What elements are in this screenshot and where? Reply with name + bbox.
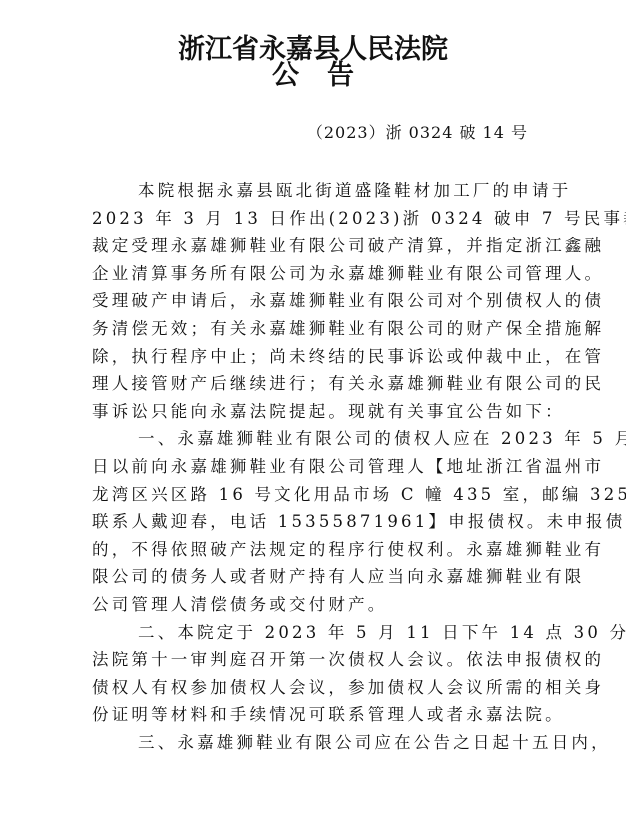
notice-body: 本院根据永嘉县瓯北街道盛隆鞋材加工厂的申请于 2023 年 3 月 13 日作出… [92, 177, 534, 756]
body-line: 份证明等材料和手续情况可联系管理人或者永嘉法院。 [92, 701, 534, 729]
body-line: 事诉讼只能向永嘉法院提起。现就有关事宜公告如下： [92, 398, 534, 426]
body-line: 一、永嘉雄狮鞋业有限公司的债权人应在 2023 年 5 月 8 [92, 425, 534, 453]
body-line: 联系人戴迎春，电话 15355871961】申报债权。未申报债权 [92, 508, 534, 536]
document-number: （2023）浙 0324 破 14 号 [307, 122, 528, 144]
notice-heading-char-1: 公 [272, 62, 299, 90]
body-line: 限公司的债务人或者财产持有人应当向永嘉雄狮鞋业有限 [92, 563, 534, 591]
body-line: 法院第十一审判庭召开第一次债权人会议。依法申报债权的 [92, 646, 534, 674]
notice-heading-char-2: 告 [327, 62, 354, 90]
body-line: 除，执行程序中止；尚未终结的民事诉讼或仲裁中止，在管 [92, 343, 534, 371]
body-line: 理人接管财产后继续进行；有关永嘉雄狮鞋业有限公司的民 [92, 370, 534, 398]
body-line: 2023 年 3 月 13 日作出(2023)浙 0324 破申 7 号民事裁定… [92, 205, 534, 233]
body-line: 二、本院定于 2023 年 5 月 11 日下午 14 点 30 分在永嘉 [92, 619, 534, 647]
body-line: 龙湾区兴区路 16 号文化用品市场 C 幢 435 室，邮编 325000， [92, 481, 534, 509]
body-line: 债权人有权参加债权人会议，参加债权人会议所需的相关身 [92, 674, 534, 702]
document-page: 浙江省永嘉县人民法院 公告 （2023）浙 0324 破 14 号 本院根据永嘉… [0, 0, 626, 822]
notice-heading: 公告 [0, 62, 626, 90]
court-title: 浙江省永嘉县人民法院 [0, 36, 626, 64]
body-line: 裁定受理永嘉雄狮鞋业有限公司破产清算，并指定浙江鑫融 [92, 232, 534, 260]
body-line: 公司管理人清偿债务或交付财产。 [92, 591, 534, 619]
body-line: 日以前向永嘉雄狮鞋业有限公司管理人【地址浙江省温州市 [92, 453, 534, 481]
body-line: 企业清算事务所有限公司为永嘉雄狮鞋业有限公司管理人。 [92, 260, 534, 288]
body-line: 三、永嘉雄狮鞋业有限公司应在公告之日起十五日内， [92, 729, 534, 757]
body-line: 务清偿无效；有关永嘉雄狮鞋业有限公司的财产保全措施解 [92, 315, 534, 343]
body-line: 本院根据永嘉县瓯北街道盛隆鞋材加工厂的申请于 [92, 177, 534, 205]
body-line: 的，不得依照破产法规定的程序行使权利。永嘉雄狮鞋业有 [92, 536, 534, 564]
body-line: 受理破产申请后，永嘉雄狮鞋业有限公司对个别债权人的债 [92, 287, 534, 315]
